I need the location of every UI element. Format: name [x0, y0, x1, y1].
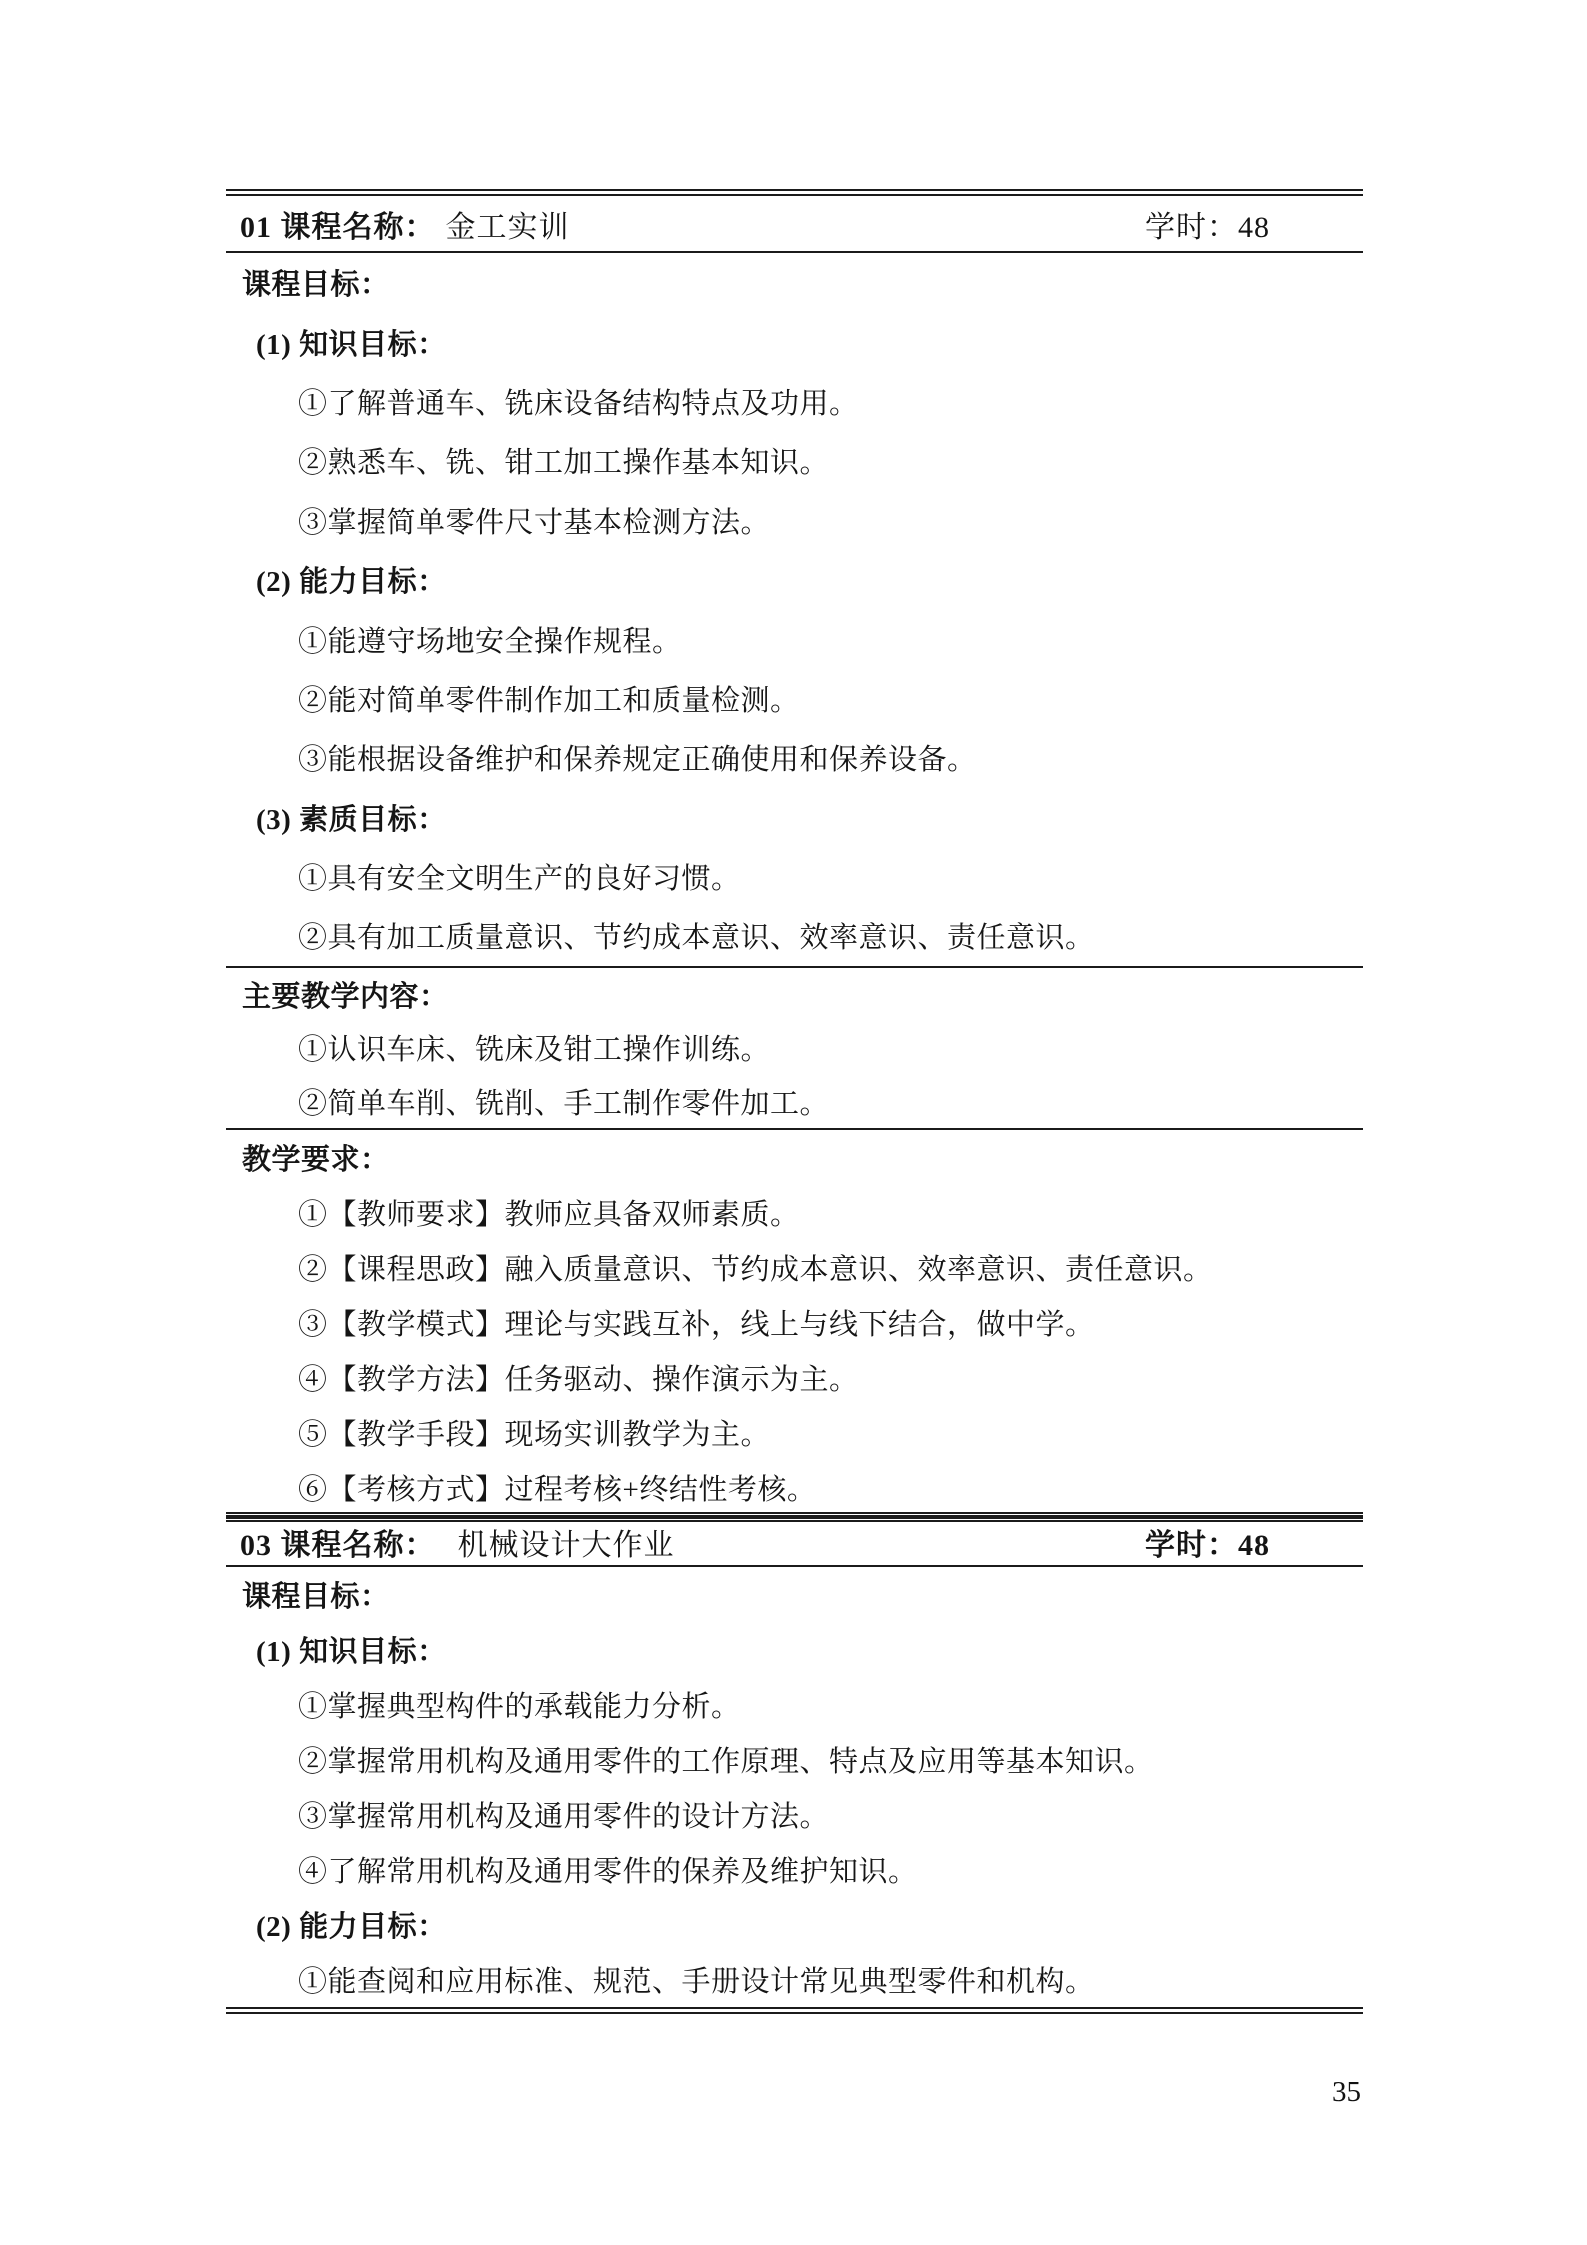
course-01-title: 01 课程名称： 金工实训	[240, 202, 570, 246]
content-item: ①认识车床、铣床及钳工操作训练。	[226, 1021, 1363, 1074]
requirement-item: ②【课程思政】融入质量意识、节约成本意识、效率意识、责任意识。	[226, 1240, 1363, 1295]
knowledge-item: ①掌握典型构件的承载能力分析。	[226, 1677, 1363, 1732]
knowledge-heading: (1) 知识目标：	[226, 312, 1363, 371]
objectives-heading: 课程目标：	[226, 1567, 1363, 1622]
course-hours: 学时：48	[1145, 1520, 1270, 1564]
knowledge-item: ②熟悉车、铣、钳工加工操作基本知识。	[226, 431, 1363, 490]
knowledge-item: ①了解普通车、铣床设备结构特点及功用。	[226, 372, 1363, 431]
page-number: 35	[1332, 2076, 1361, 2109]
content-heading: 主要教学内容：	[226, 968, 1363, 1021]
ability-item: ①能查阅和应用标准、规范、手册设计常见典型零件和机构。	[226, 1952, 1363, 2007]
requirement-item: ⑥【考核方式】过程考核+终结性考核。	[226, 1460, 1363, 1515]
course-name: 金工实训	[446, 202, 570, 246]
quality-item: ①具有安全文明生产的良好习惯。	[226, 847, 1363, 906]
ability-heading: (2) 能力目标：	[226, 1897, 1363, 1952]
course-code-label: 03 课程名称：	[240, 1520, 436, 1564]
knowledge-item: ④了解常用机构及通用零件的保养及维护知识。	[226, 1842, 1363, 1897]
ability-item: ③能根据设备维护和保养规定正确使用和保养设备。	[226, 728, 1363, 787]
content-item: ②简单车削、铣削、手工制作零件加工。	[226, 1074, 1363, 1127]
course-hours: 学时：48	[1145, 202, 1270, 246]
course-01-header-row: 01 课程名称： 金工实训 学时：48	[226, 196, 1363, 251]
requirement-item: ③【教学模式】理论与实践互补，线上与线下结合，做中学。	[226, 1295, 1363, 1350]
knowledge-item: ②掌握常用机构及通用零件的工作原理、特点及应用等基本知识。	[226, 1732, 1363, 1787]
requirement-item: ①【教师要求】教师应具备双师素质。	[226, 1185, 1363, 1240]
ability-item: ①能遵守场地安全操作规程。	[226, 609, 1363, 668]
knowledge-heading: (1) 知识目标：	[226, 1622, 1363, 1677]
course-03-title: 03 课程名称： 机械设计大作业	[240, 1520, 675, 1564]
knowledge-item: ③掌握简单零件尺寸基本检测方法。	[226, 491, 1363, 550]
syllabus-page: 01 课程名称： 金工实训 学时：48 课程目标： (1) 知识目标： ①了解普…	[0, 0, 1587, 2245]
ability-heading: (2) 能力目标：	[226, 550, 1363, 609]
quality-heading: (3) 素质目标：	[226, 788, 1363, 847]
ability-item: ②能对简单零件制作加工和质量检测。	[226, 669, 1363, 728]
requirements-heading: 教学要求：	[226, 1130, 1363, 1185]
table-top-border	[226, 189, 1363, 196]
course-name: 机械设计大作业	[458, 1520, 675, 1564]
objectives-heading: 课程目标：	[226, 253, 1363, 312]
table-bottom-border	[226, 2007, 1363, 2014]
requirement-item: ⑤【教学手段】现场实训教学为主。	[226, 1405, 1363, 1460]
course-01-table: 01 课程名称： 金工实训 学时：48 课程目标： (1) 知识目标： ①了解普…	[226, 189, 1363, 1522]
course-code-label: 01 课程名称：	[240, 202, 436, 246]
course-03-header-row: 03 课程名称： 机械设计大作业 学时：48	[226, 1519, 1363, 1565]
knowledge-item: ③掌握常用机构及通用零件的设计方法。	[226, 1787, 1363, 1842]
requirement-item: ④【教学方法】任务驱动、操作演示为主。	[226, 1350, 1363, 1405]
table-top-border	[226, 1512, 1363, 1519]
quality-item: ②具有加工质量意识、节约成本意识、效率意识、责任意识。	[226, 906, 1363, 965]
course-03-table: 03 课程名称： 机械设计大作业 学时：48 课程目标： (1) 知识目标： ①…	[226, 1512, 1363, 2014]
